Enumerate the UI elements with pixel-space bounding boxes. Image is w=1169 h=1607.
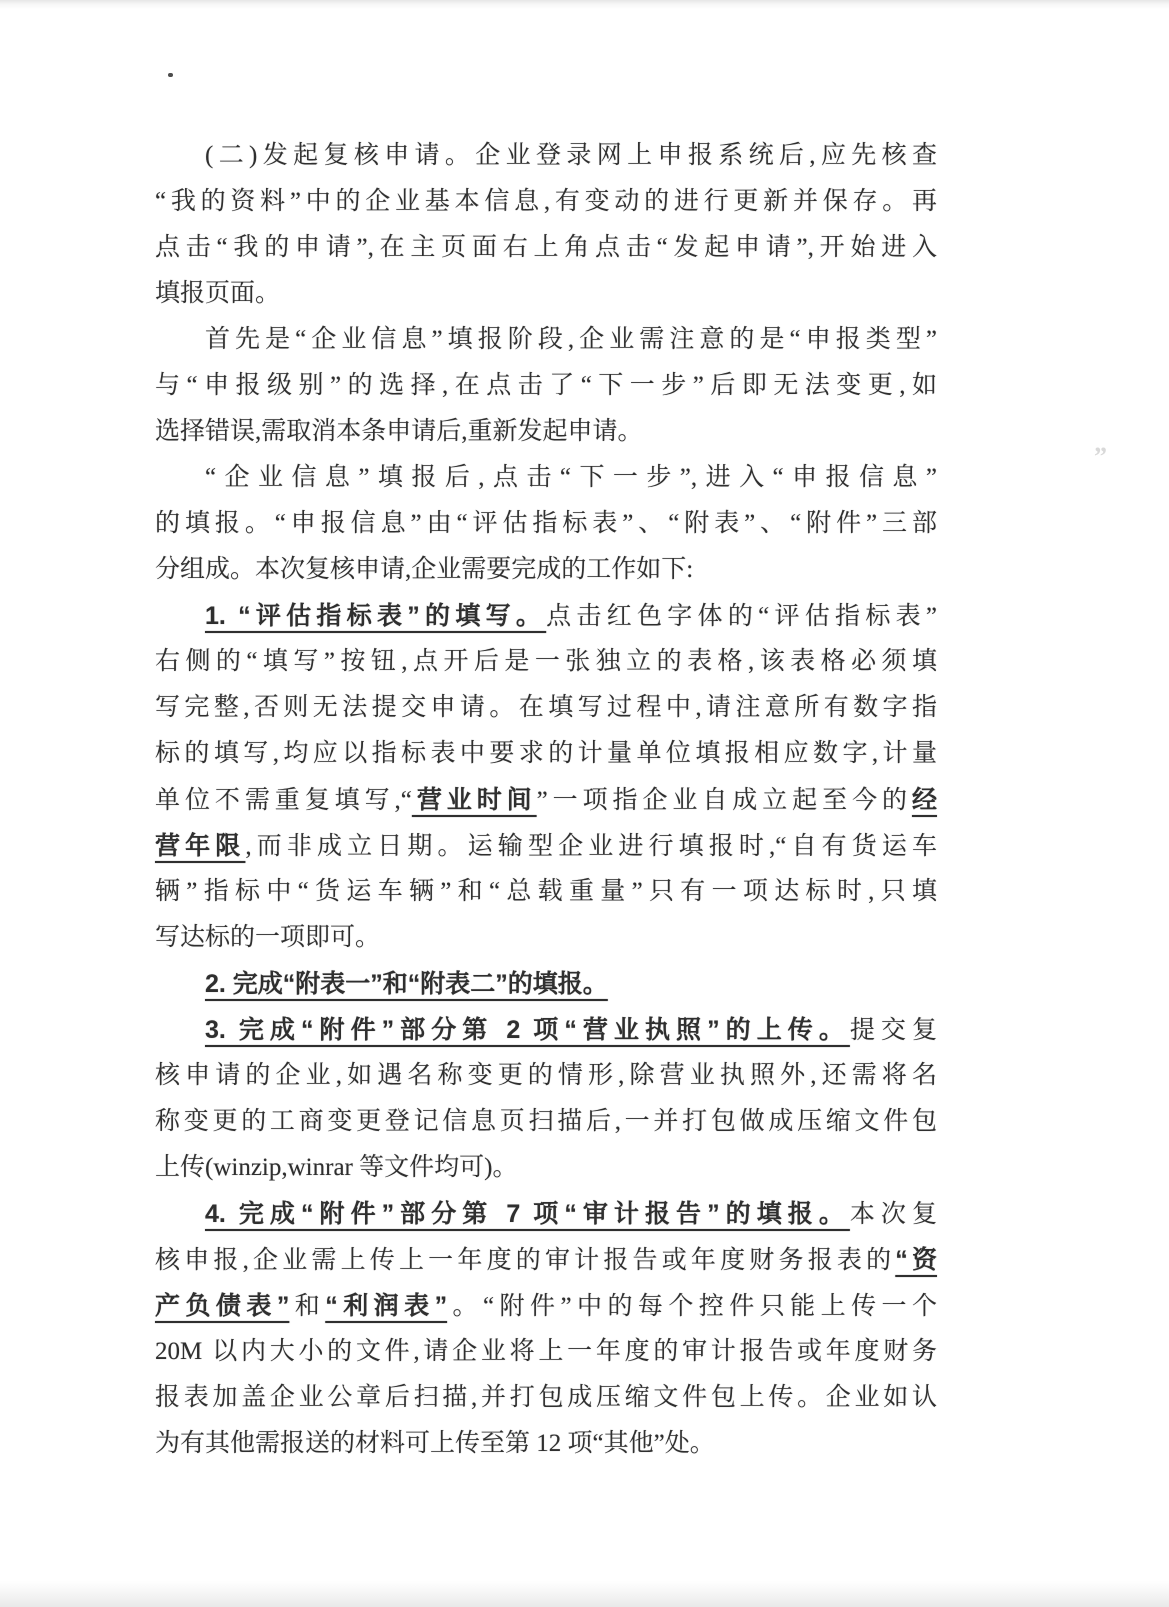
text-line: 产负债表”和“利润表”。“附件”中的每个控件只能上传一个: [155, 1283, 937, 1329]
scan-edge-top: [0, 0, 1169, 9]
text-line: 填报页面。: [155, 271, 937, 317]
text-run: 单位不需重复填写,“: [155, 787, 412, 814]
text-run: “企业信息”填报后,点击“下一步”,进入“申报信息”: [205, 464, 937, 491]
ink-speck: [168, 73, 173, 77]
text-line: 标的填写,均应以指标表中要求的计量单位填报相应数字,计量: [155, 731, 937, 777]
text-run: 填报页面。: [155, 280, 280, 307]
text-line: 1. “评估指标表”的填写。点击红色字体的“评估指标表”: [155, 593, 937, 639]
text-run: 。“附件”中的每个控件只能上传一个: [447, 1293, 937, 1320]
text-line: 与“申报级别”的选择,在点击了“下一步”后即无法变更,如: [155, 363, 937, 409]
text-line: 营年限,而非成立日期。运输型企业进行填报时,“自有货运车: [155, 823, 937, 869]
text-run: 点击红色字体的“评估指标表”: [546, 603, 937, 630]
text-run: 为有其他需报送的材料可上传至第 12 项“其他”处。: [155, 1430, 715, 1457]
scan-edge-bottom: [0, 1581, 1169, 1607]
scan-artifact-mark: ”: [1094, 442, 1109, 472]
text-run: 辆”指标中“货运车辆”和“总载重量”只有一项达标时,只填: [155, 878, 937, 905]
scanned-document-page: ” (二)发起复核申请。企业登录网上申报系统后,应先核查“我的资料”中的企业基本…: [0, 0, 1169, 1607]
text-line: “企业信息”填报后,点击“下一步”,进入“申报信息”: [155, 455, 937, 501]
text-line: 2. 完成“附表一”和“附表二”的填报。: [155, 961, 937, 1007]
text-run: 上传(winzip,winrar 等文件均可)。: [155, 1154, 517, 1181]
text-run: 写达标的一项即可。: [155, 924, 380, 951]
text-run: 称变更的工商变更登记信息页扫描后,一并打包做成压缩文件包: [155, 1108, 937, 1135]
text-line: 的填报。“申报信息”由“评估指标表”、“附表”、“附件”三部: [155, 501, 937, 547]
text-line: 单位不需重复填写,“营业时间”一项指企业自成立起至今的经: [155, 777, 937, 823]
text-line: 20M 以内大小的文件,请企业将上一年度的审计报告或年度财务: [155, 1329, 937, 1375]
text-run: 与“申报级别”的选择,在点击了“下一步”后即无法变更,如: [155, 372, 937, 399]
text-line: 上传(winzip,winrar 等文件均可)。: [155, 1145, 937, 1191]
text-run: 点击“我的申请”,在主页面右上角点击“发起申请”,开始进入: [155, 234, 937, 261]
text-run: (二)发起复核申请。企业登录网上申报系统后,应先核查: [205, 142, 937, 169]
text-line: 核申报,企业需上传上一年度的审计报告或年度财务报表的“资: [155, 1237, 937, 1283]
text-line: 写达标的一项即可。: [155, 915, 937, 961]
text-run: 选择错误,需取消本条申请后,重新发起申请。: [155, 418, 643, 445]
text-run: 写完整,否则无法提交申请。在填写过程中,请注意所有数字指: [155, 694, 937, 721]
text-run: 核申请的企业,如遇名称变更的情形,除营业执照外,还需将名: [155, 1062, 937, 1089]
emphasis-run: 3. 完成“附件”部分第 2 项“营业执照”的上传。: [205, 1016, 850, 1044]
emphasis-run: 营年限: [155, 832, 245, 860]
text-run: 本次复: [850, 1201, 937, 1228]
text-run: 首先是“企业信息”填报阶段,企业需注意的是“申报类型”: [205, 326, 937, 353]
emphasis-run: 1. “评估指标表”的填写。: [205, 602, 546, 630]
text-line: 3. 完成“附件”部分第 2 项“营业执照”的上传。提交复: [155, 1007, 937, 1053]
text-line: 点击“我的申请”,在主页面右上角点击“发起申请”,开始进入: [155, 225, 937, 271]
text-line: 选择错误,需取消本条申请后,重新发起申请。: [155, 409, 937, 455]
text-line: 称变更的工商变更登记信息页扫描后,一并打包做成压缩文件包: [155, 1099, 937, 1145]
text-line: 为有其他需报送的材料可上传至第 12 项“其他”处。: [155, 1421, 937, 1467]
text-run: 20M 以内大小的文件,请企业将上一年度的审计报告或年度财务: [155, 1338, 937, 1365]
emphasis-run: 营业时间: [412, 786, 537, 814]
emphasis-run: “利润表”: [325, 1292, 447, 1320]
text-run: 分组成。本次复核申请,企业需要完成的工作如下:: [155, 556, 693, 583]
text-run: “我的资料”中的企业基本信息,有变动的进行更新并保存。再: [155, 188, 937, 215]
text-run: 和: [289, 1293, 325, 1320]
text-line: 右侧的“填写”按钮,点开后是一张独立的表格,该表格必须填: [155, 639, 937, 685]
text-run: 核申报,企业需上传上一年度的审计报告或年度财务报表的: [155, 1247, 895, 1274]
text-line: (二)发起复核申请。企业登录网上申报系统后,应先核查: [155, 133, 937, 179]
text-line: 报表加盖企业公章后扫描,并打包成压缩文件包上传。企业如认: [155, 1375, 937, 1421]
text-run: 标的填写,均应以指标表中要求的计量单位填报相应数字,计量: [155, 740, 937, 767]
text-run: 右侧的“填写”按钮,点开后是一张独立的表格,该表格必须填: [155, 648, 937, 675]
text-run: 报表加盖企业公章后扫描,并打包成压缩文件包上传。企业如认: [155, 1384, 937, 1411]
text-line: 核申请的企业,如遇名称变更的情形,除营业执照外,还需将名: [155, 1053, 937, 1099]
document-body: (二)发起复核申请。企业登录网上申报系统后,应先核查“我的资料”中的企业基本信息…: [155, 133, 937, 1467]
emphasis-run: “资: [895, 1246, 937, 1274]
emphasis-run: 2. 完成“附表一”和“附表二”的填报。: [205, 970, 608, 998]
text-line: 分组成。本次复核申请,企业需要完成的工作如下:: [155, 547, 937, 593]
text-line: “我的资料”中的企业基本信息,有变动的进行更新并保存。再: [155, 179, 937, 225]
text-line: 首先是“企业信息”填报阶段,企业需注意的是“申报类型”: [155, 317, 937, 363]
text-run: ”一项指企业自成立起至今的: [537, 787, 912, 814]
text-line: 4. 完成“附件”部分第 7 项“审计报告”的填报。本次复: [155, 1191, 937, 1237]
emphasis-run: 经: [912, 786, 937, 814]
text-run: 的填报。“申报信息”由“评估指标表”、“附表”、“附件”三部: [155, 510, 937, 537]
text-run: ,而非成立日期。运输型企业进行填报时,“自有货运车: [245, 833, 937, 860]
text-line: 写完整,否则无法提交申请。在填写过程中,请注意所有数字指: [155, 685, 937, 731]
emphasis-run: 4. 完成“附件”部分第 7 项“审计报告”的填报。: [205, 1200, 850, 1228]
text-run: 提交复: [850, 1017, 937, 1044]
text-line: 辆”指标中“货运车辆”和“总载重量”只有一项达标时,只填: [155, 869, 937, 915]
emphasis-run: 产负债表”: [155, 1292, 289, 1320]
